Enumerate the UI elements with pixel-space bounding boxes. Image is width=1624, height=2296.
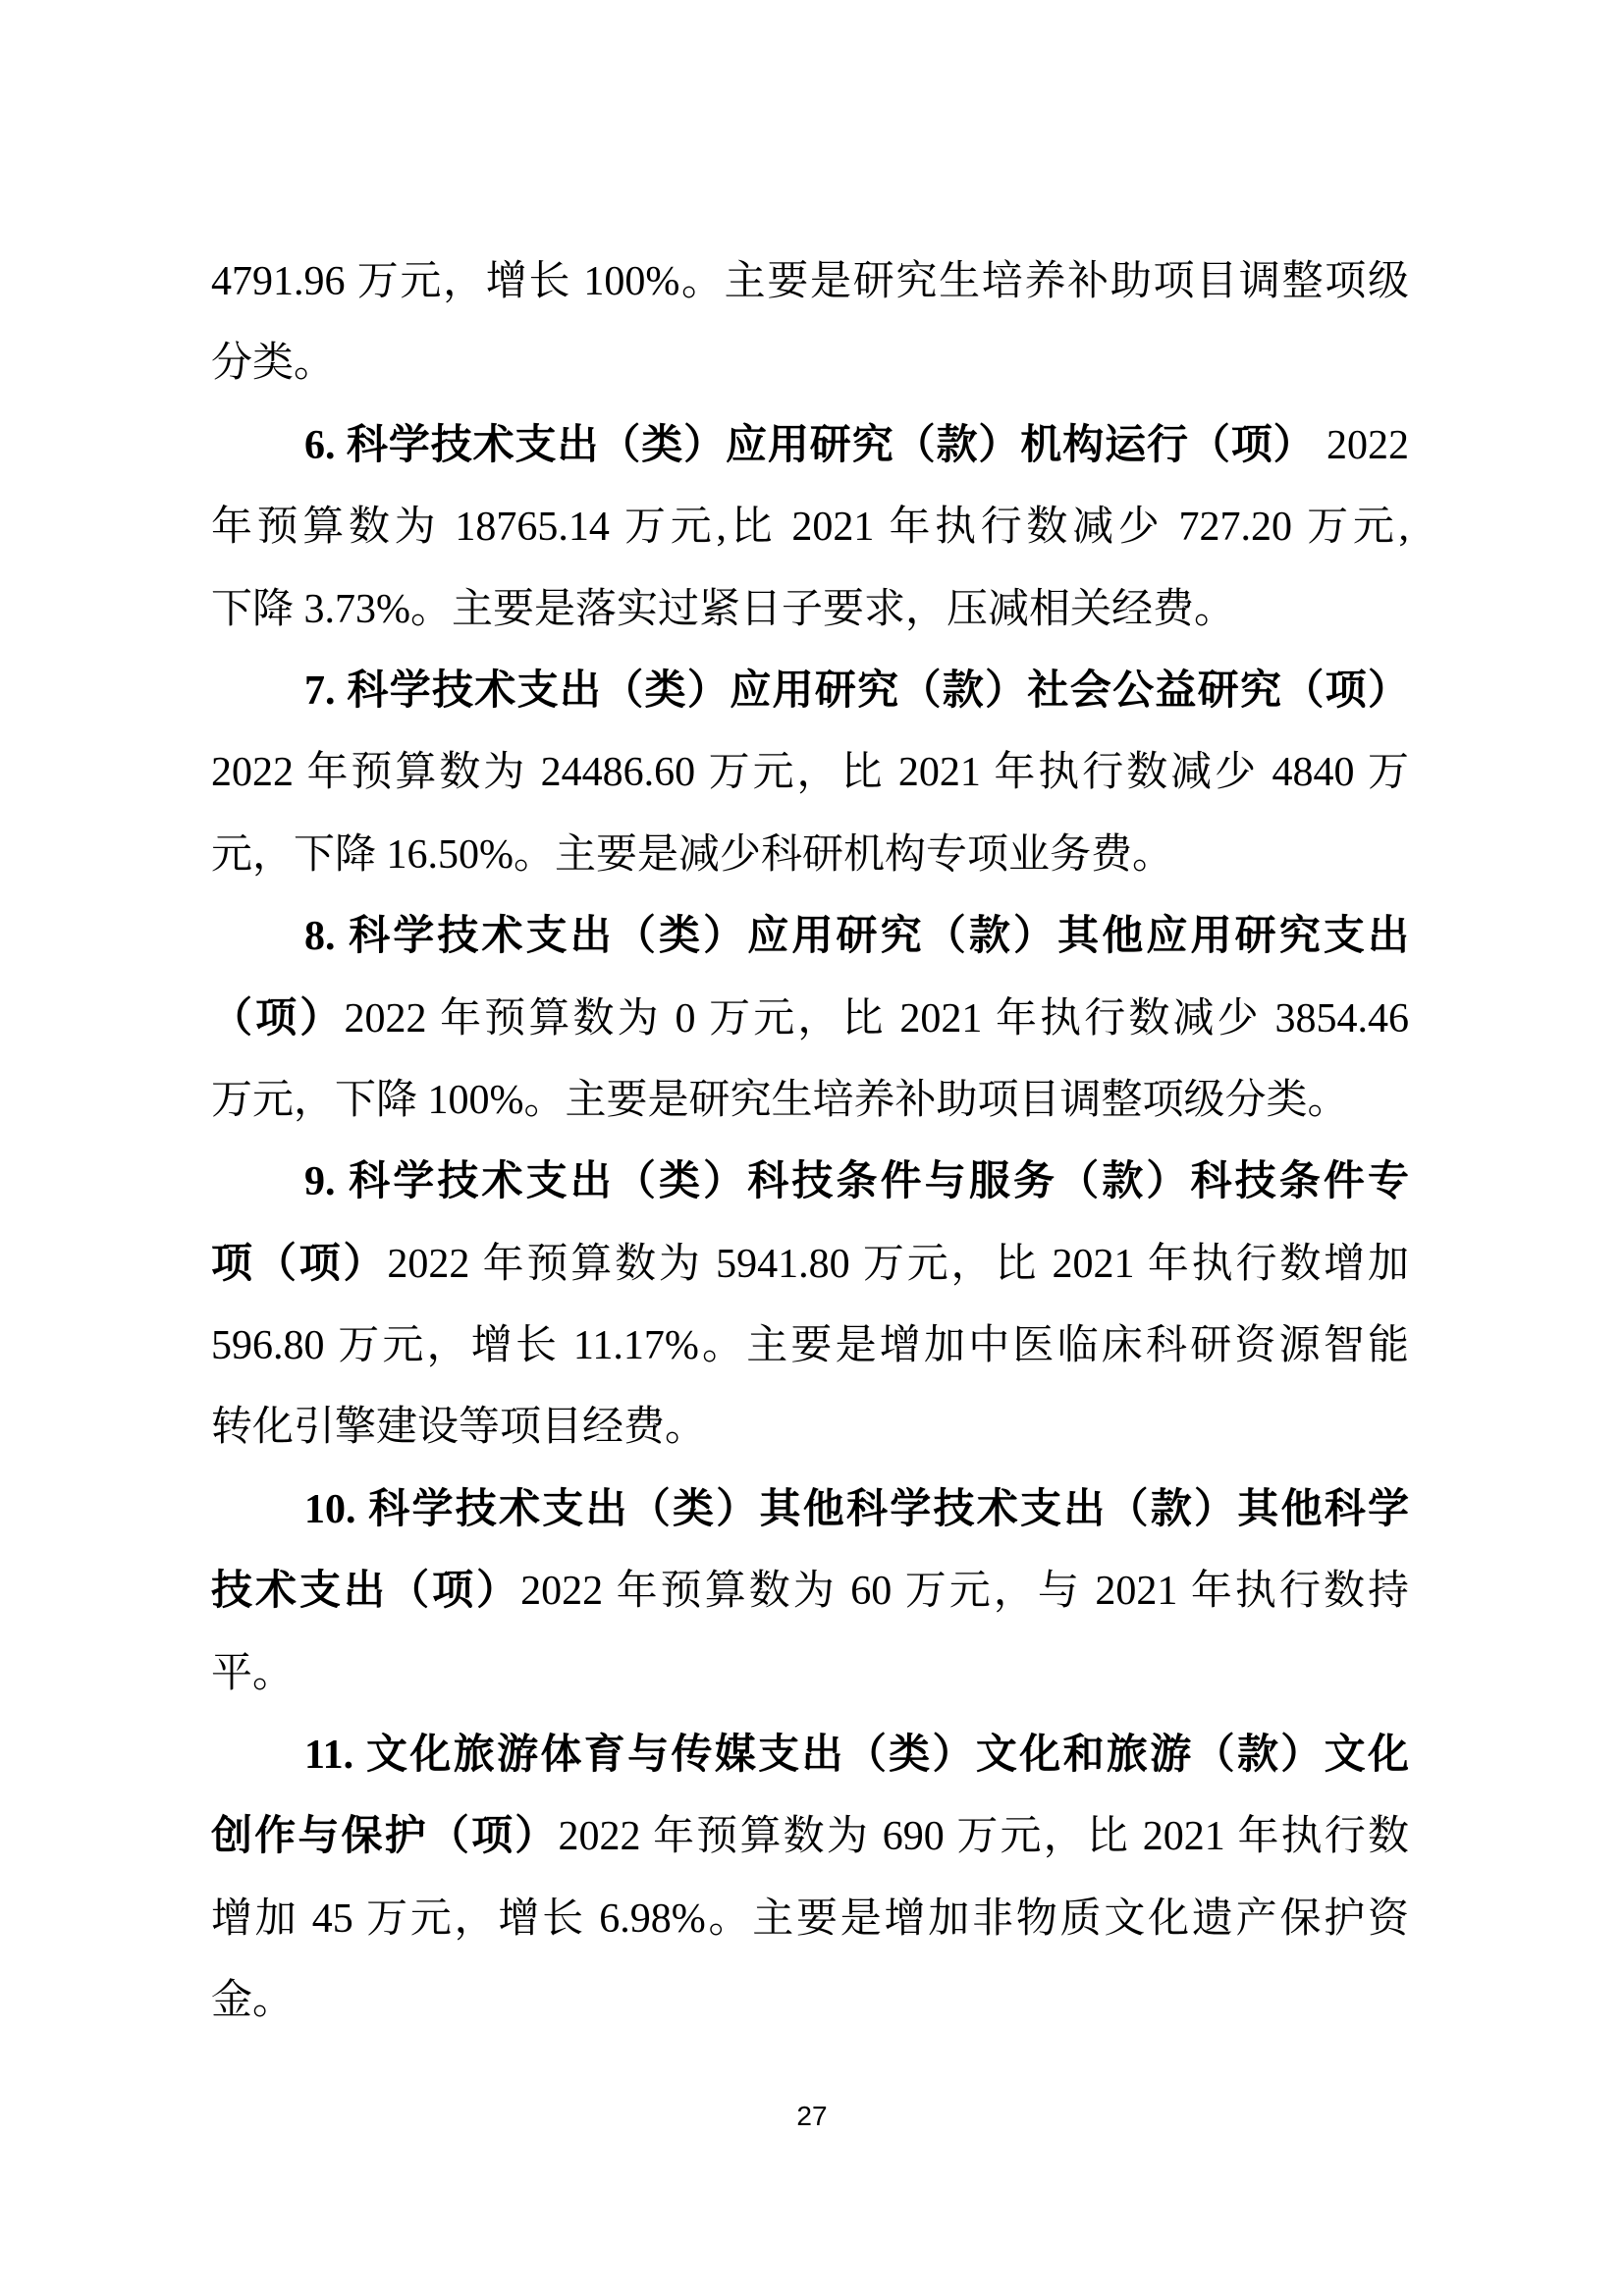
text-line: 增加 45 万元，增长 6.98%。主要是增加非物质文化遗产保护资 xyxy=(211,1879,1409,1960)
text-segment: 金。 xyxy=(211,1978,294,2023)
text-segment: 2022 年预算数为 5941.80 万元，比 2021 年执行数增加 xyxy=(387,1242,1409,1287)
text-line: 8. 科学技术支出（类）应用研究（款）其他应用研究支出 xyxy=(211,896,1409,978)
text-line: 元，下降 16.50%。主要是减少科研机构专项业务费。 xyxy=(211,815,1409,896)
text-segment: 2022 年预算数为 60 万元，与 2021 年执行数持 xyxy=(520,1569,1409,1614)
text-segment: 万元，下降 100%。主要是研究生培养补助项目调整项级分类。 xyxy=(211,1078,1349,1123)
text-line: 万元，下降 100%。主要是研究生培养补助项目调整项级分类。 xyxy=(211,1060,1409,1142)
paragraph-item-8: 8. 科学技术支出（类）应用研究（款）其他应用研究支出（项）2022 年预算数为… xyxy=(211,896,1409,1142)
text-line: 10. 科学技术支出（类）其他科学技术支出（款）其他科学 xyxy=(211,1469,1409,1551)
text-line: 技术支出（项）2022 年预算数为 60 万元，与 2021 年执行数持 xyxy=(211,1551,1409,1632)
text-segment: 年预算数为 18765.14 万元,比 2021 年执行数减少 727.20 万… xyxy=(211,505,1409,550)
text-segment: 分类。 xyxy=(211,341,335,386)
text-line: 11. 文化旅游体育与传媒支出（类）文化和旅游（款）文化 xyxy=(211,1715,1409,1796)
text-segment: 4791.96 万元，增长 100%。主要是研究生培养补助项目调整项级 xyxy=(211,259,1409,304)
paragraph-item-10: 10. 科学技术支出（类）其他科学技术支出（款）其他科学技术支出（项）2022 … xyxy=(211,1469,1409,1715)
heading-segment: 10. 科学技术支出（类）其他科学技术支出（款）其他科学 xyxy=(304,1487,1409,1532)
text-segment: 596.80 万元，增长 11.17%。主要是增加中医临床科研资源智能 xyxy=(211,1323,1409,1368)
text-segment: 2022 xyxy=(1316,423,1409,468)
text-segment: 平。 xyxy=(211,1651,294,1696)
heading-segment: 7. 科学技术支出（类）应用研究（款）社会公益研究（项） xyxy=(304,668,1409,714)
heading-segment: 项（项） xyxy=(211,1242,387,1287)
text-line: 6. 科学技术支出（类）应用研究（款）机构运行（项） 2022 xyxy=(211,405,1409,487)
paragraph-item-7: 7. 科学技术支出（类）应用研究（款）社会公益研究（项）2022 年预算数为 2… xyxy=(211,651,1409,896)
heading-segment: 11. 文化旅游体育与传媒支出（类）文化和旅游（款）文化 xyxy=(304,1733,1409,1778)
heading-segment: 创作与保护（项） xyxy=(211,1814,558,1859)
paragraph-continuation: 4791.96 万元，增长 100%。主要是研究生培养补助项目调整项级分类。 xyxy=(211,241,1409,405)
paragraph-item-11: 11. 文化旅游体育与传媒支出（类）文化和旅游（款）文化创作与保护（项）2022… xyxy=(211,1715,1409,2043)
text-segment: 元，下降 16.50%。主要是减少科研机构专项业务费。 xyxy=(211,832,1173,878)
text-segment: 2022 年预算数为 0 万元，比 2021 年执行数减少 3854.46 xyxy=(344,996,1409,1041)
text-segment: 2022 年预算数为 690 万元，比 2021 年执行数 xyxy=(558,1814,1409,1859)
page-number: 27 xyxy=(796,2101,827,2131)
page-footer: 27 xyxy=(0,2101,1624,2132)
heading-segment: （项） xyxy=(211,996,344,1041)
text-segment: 增加 45 万元，增长 6.98%。主要是增加非物质文化遗产保护资 xyxy=(211,1896,1409,1942)
text-line: 9. 科学技术支出（类）科技条件与服务（款）科技条件专 xyxy=(211,1142,1409,1223)
text-line: 分类。 xyxy=(211,323,1409,404)
text-line: 创作与保护（项）2022 年预算数为 690 万元，比 2021 年执行数 xyxy=(211,1796,1409,1878)
heading-segment: 8. 科学技术支出（类）应用研究（款）其他应用研究支出 xyxy=(304,914,1409,959)
document-body: 4791.96 万元，增长 100%。主要是研究生培养补助项目调整项级分类。6.… xyxy=(211,241,1409,2043)
text-line: 2022 年预算数为 24486.60 万元，比 2021 年执行数减少 484… xyxy=(211,732,1409,814)
text-line: 金。 xyxy=(211,1960,1409,2042)
text-line: 转化引擎建设等项目经费。 xyxy=(211,1387,1409,1468)
text-line: 下降 3.73%。主要是落实过紧日子要求，压减相关经费。 xyxy=(211,569,1409,651)
text-line: 年预算数为 18765.14 万元,比 2021 年执行数减少 727.20 万… xyxy=(211,487,1409,568)
text-line: 596.80 万元，增长 11.17%。主要是增加中医临床科研资源智能 xyxy=(211,1306,1409,1387)
paragraph-item-9: 9. 科学技术支出（类）科技条件与服务（款）科技条件专项（项）2022 年预算数… xyxy=(211,1142,1409,1469)
text-line: 4791.96 万元，增长 100%。主要是研究生培养补助项目调整项级 xyxy=(211,241,1409,323)
text-line: 项（项）2022 年预算数为 5941.80 万元，比 2021 年执行数增加 xyxy=(211,1224,1409,1306)
text-segment: 下降 3.73%。主要是落实过紧日子要求，压减相关经费。 xyxy=(211,587,1235,632)
text-line: （项）2022 年预算数为 0 万元，比 2021 年执行数减少 3854.46 xyxy=(211,979,1409,1060)
heading-segment: 6. 科学技术支出（类）应用研究（款）机构运行（项） xyxy=(304,423,1316,468)
text-line: 7. 科学技术支出（类）应用研究（款）社会公益研究（项） xyxy=(211,651,1409,732)
text-segment: 2022 年预算数为 24486.60 万元，比 2021 年执行数减少 484… xyxy=(211,750,1409,795)
text-line: 平。 xyxy=(211,1633,1409,1715)
document-page: 4791.96 万元，增长 100%。主要是研究生培养补助项目调整项级分类。6.… xyxy=(0,0,1624,2296)
heading-segment: 技术支出（项） xyxy=(211,1569,520,1614)
paragraph-item-6: 6. 科学技术支出（类）应用研究（款）机构运行（项） 2022年预算数为 187… xyxy=(211,405,1409,651)
heading-segment: 9. 科学技术支出（类）科技条件与服务（款）科技条件专 xyxy=(304,1159,1409,1204)
text-segment: 转化引擎建设等项目经费。 xyxy=(211,1405,706,1450)
